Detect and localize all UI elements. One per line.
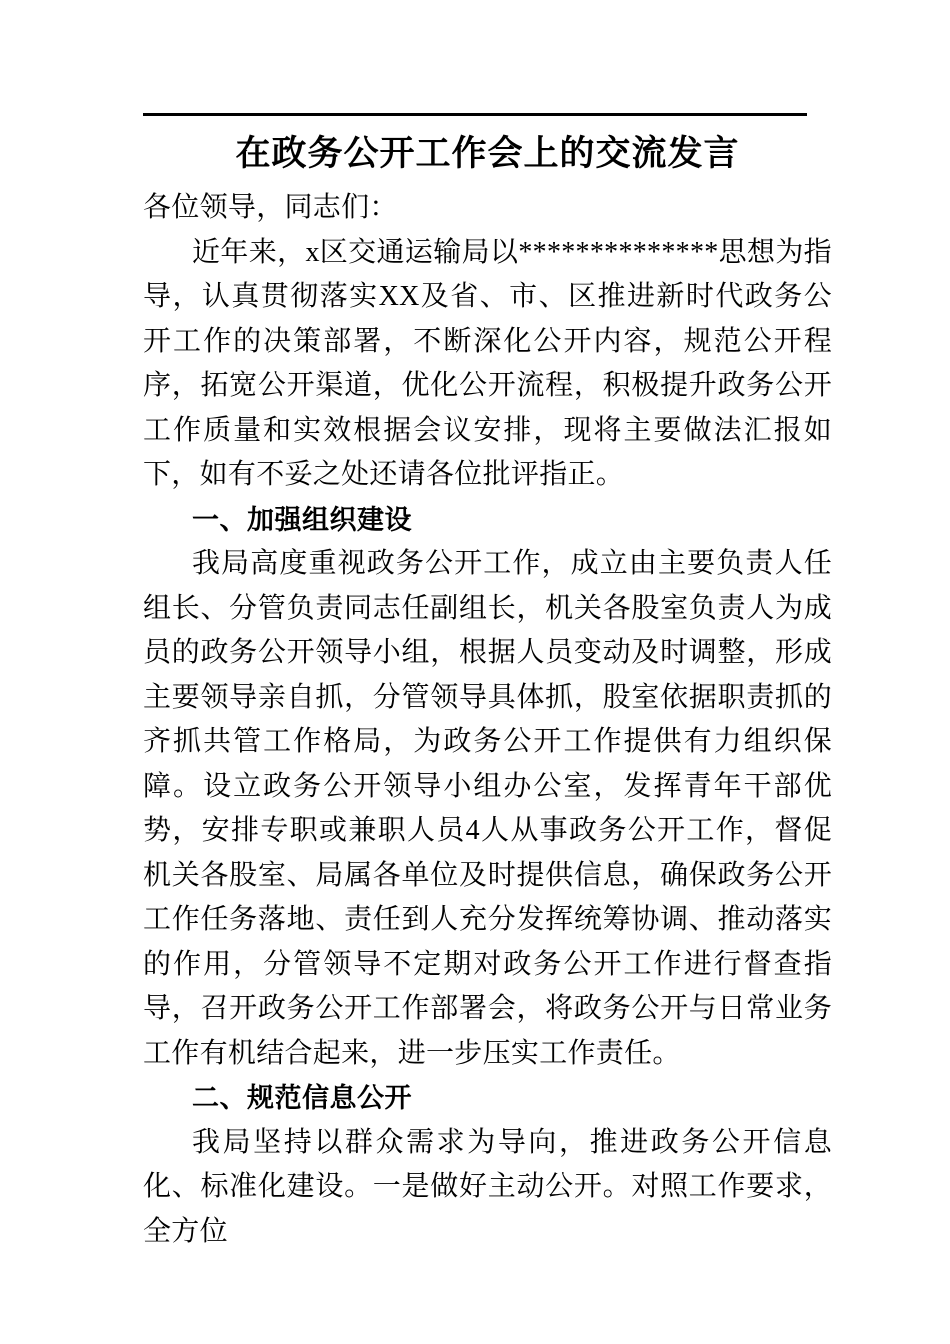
- salutation: 各位领导，同志们：: [143, 186, 832, 231]
- section-heading-1: 一、加强组织建设: [143, 498, 832, 543]
- paragraph-section-1: 我局高度重视政务公开工作，成立由主要负责人任组长、分管负责同志任副组长，机关各股…: [143, 542, 832, 1076]
- paragraph-section-2: 我局坚持以群众需求为导向，推进政务公开信息化、标准化建设。一是做好主动公开。对照…: [143, 1121, 832, 1255]
- paragraph-introduction: 近年来，x区交通运输局以**************思想为指导，认真贯彻落实XX…: [143, 231, 832, 498]
- document-page: 在政务公开工作会上的交流发言 各位领导，同志们： 近年来，x区交通运输局以***…: [0, 0, 950, 1344]
- section-heading-2: 二、规范信息公开: [143, 1076, 832, 1121]
- title-divider-line: [143, 113, 807, 116]
- document-content: 在政务公开工作会上的交流发言 各位领导，同志们： 近年来，x区交通运输局以***…: [143, 113, 832, 1254]
- document-title: 在政务公开工作会上的交流发言: [143, 130, 832, 178]
